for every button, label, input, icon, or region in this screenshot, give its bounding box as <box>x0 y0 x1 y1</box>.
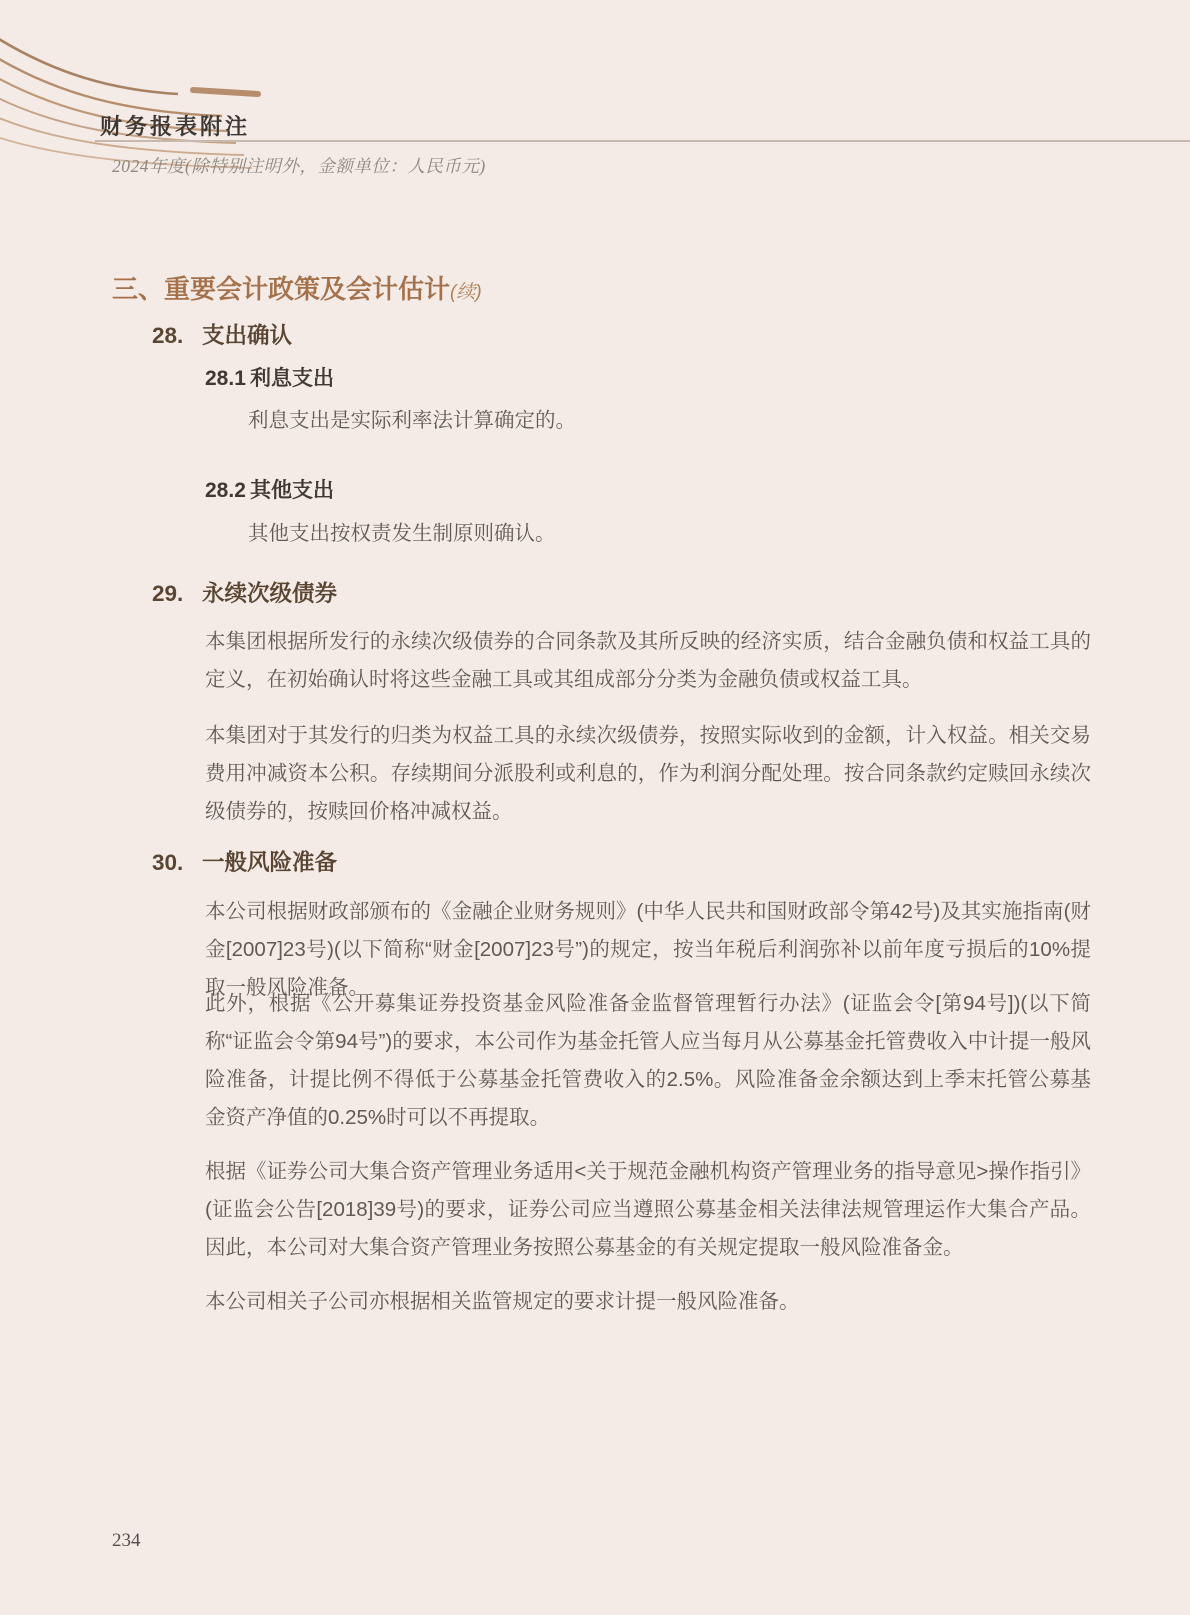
paragraph-30-3: 根据《证券公司大集合资产管理业务适用<关于规范金融机构资产管理业务的指导意见>操… <box>205 1153 1091 1267</box>
heading-30-number: 30. <box>152 849 202 876</box>
paragraph-28-1: 利息支出是实际利率法计算确定的。 <box>248 402 576 440</box>
heading-28-2-number: 28.2 <box>205 478 250 504</box>
heading-30: 30. 一般风险准备 <box>152 849 337 876</box>
heading-28-1-number: 28.1 <box>205 366 250 392</box>
section-heading: 三、重要会计政策及会计估计(续) <box>112 273 482 309</box>
paragraph-29-2: 本集团对于其发行的归类为权益工具的永续次级债券，按照实际收到的金额，计入权益。相… <box>205 717 1091 831</box>
heading-28-2-title: 其他支出 <box>250 478 334 504</box>
heading-30-title: 一般风险准备 <box>202 849 337 876</box>
paragraph-28-2: 其他支出按权责发生制原则确认。 <box>248 515 556 553</box>
report-period-note: 2024年度(除特别注明外，金额单位：人民币元) <box>112 153 486 178</box>
heading-28-number: 28. <box>152 322 202 349</box>
page-number: 234 <box>112 1530 141 1552</box>
page-title: 财务报表附注 <box>100 110 250 141</box>
heading-29: 29. 永续次级债券 <box>152 580 337 607</box>
paragraph-30-2: 此外，根据《公开募集证券投资基金风险准备金监督管理暂行办法》(证监会令[第94号… <box>205 985 1091 1137</box>
heading-28-1: 28.1 利息支出 <box>205 366 334 392</box>
heading-29-number: 29. <box>152 580 202 607</box>
heading-28-title: 支出确认 <box>202 322 292 349</box>
paragraph-30-4: 本公司相关子公司亦根据相关监管规定的要求计提一般风险准备。 <box>205 1283 1091 1321</box>
section-heading-text: 三、重要会计政策及会计估计 <box>112 274 450 304</box>
heading-28-1-title: 利息支出 <box>250 366 334 392</box>
section-heading-continued: (续) <box>450 282 482 303</box>
heading-28-2: 28.2 其他支出 <box>205 478 334 504</box>
heading-28: 28. 支出确认 <box>152 322 292 349</box>
header-divider <box>95 140 1190 142</box>
heading-29-title: 永续次级债券 <box>202 580 337 607</box>
paragraph-29-1: 本集团根据所发行的永续次级债券的合同条款及其所反映的经济实质，结合金融负债和权益… <box>205 623 1091 699</box>
